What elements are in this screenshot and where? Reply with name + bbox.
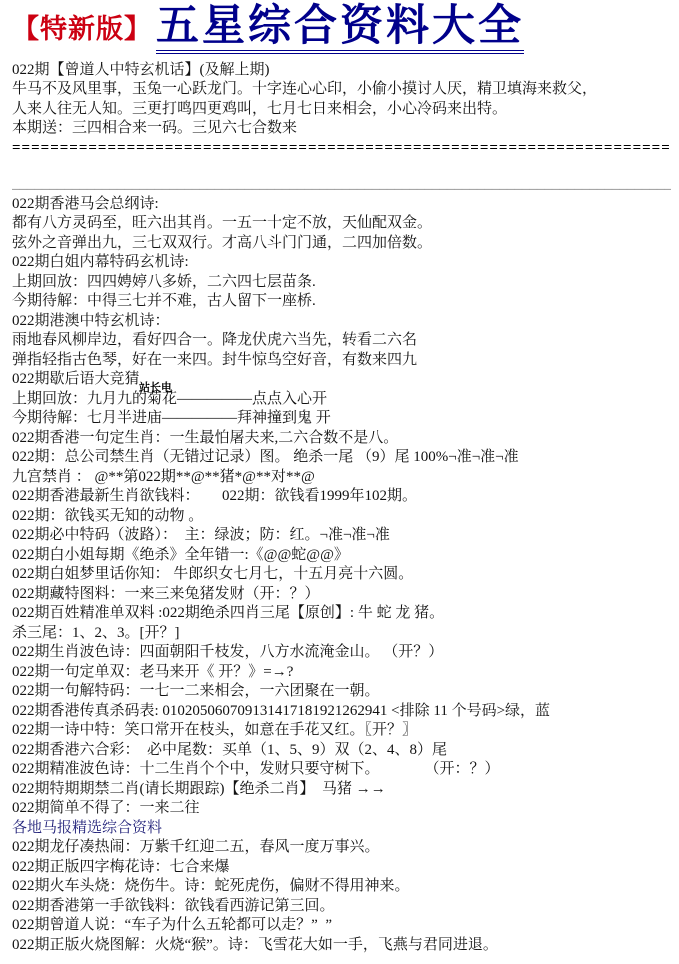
text-line: 都有八方灵码至，旺六出其肖。一五一十定不放，天仙配双金。 <box>12 214 671 234</box>
spacer <box>12 158 671 175</box>
text-line: 九宫禁肖 ： @**第022期**@**猪*@**对**@ <box>12 468 671 488</box>
text-line: 雨地春风柳岸边，看好四合一。降龙伏虎六当先，转看二六名 <box>12 331 671 351</box>
text-line: 022期特期期禁二肖(请长期跟踪)【绝杀二肖】 马猪 →→ <box>12 780 671 800</box>
text-line: 022期一诗中特：笑口常开在枝头，如意在手花又红。〖开？〗 <box>12 721 671 741</box>
text-line: 022期香港六合彩： 必中尾数：买单（1、5、9）双（2、4、8）尾 <box>12 741 671 761</box>
line-text: 022期生肖波色诗：四面朝阳千枝发，八方水流淹金山。 （开？） <box>12 644 443 660</box>
line-text: 雨地春风柳岸边，看好四合一。降龙伏虎六当先，转看二六名 <box>12 332 417 348</box>
line-text: 022期正版火烧图解：火烧“猴”。诗：飞雪花大如一手，飞燕与君同进退。 <box>12 937 498 953</box>
line-text: 022期百姓精准单双料 :022期绝杀四肖三尾【原创】: 牛 蛇 龙 猪。 <box>12 605 444 621</box>
text-line: 022期港澳中特玄机诗： <box>12 312 671 332</box>
line-text: 022期香港马会总纲诗: <box>12 196 159 212</box>
line-text: 022期精准波色诗：十二生肖个个中，发财只要守树下。 （开：？） <box>12 761 500 777</box>
page-header: 【特新版】 五星综合资料大全 <box>12 5 671 54</box>
line-text: 022期香港传真杀码表: 010205060709131417181921262… <box>12 703 550 719</box>
text-line: 022期简单不得了：一来二往 <box>12 799 671 819</box>
line-text: ========================================… <box>12 140 671 156</box>
text-line: 022期：总公司禁生肖（无错过记录）图。 绝杀一尾 （9）尾 100%¬准¬准¬… <box>12 448 671 468</box>
text-line: 022期香港一句定生肖：一生最怕屠夫来,二六合数不是八。 <box>12 429 671 449</box>
line-text: 022期歇后语大竞猜 <box>12 371 140 387</box>
line-text: 022期正版四字梅花诗：七合来爆 <box>12 859 230 875</box>
text-line: 022期龙仔凑热闹：万紫千红迎二五，春风一度万事兴。 <box>12 838 671 858</box>
text-line: 022期必中特码（波路）： 主：绿波；防：红。¬准¬准¬准 <box>12 526 671 546</box>
line-text: ________________________________________… <box>12 176 671 192</box>
text-line: 022期一句定单双：老马来开《 开？》=→? <box>12 663 671 683</box>
text-line: 弦外之音弹出九，三七双双行。才高八斗门门通，二四加倍数。 <box>12 234 671 254</box>
line-text: 022期一句解特码：一七一二来相会，一六团聚在一朝。 <box>12 683 380 699</box>
text-line: 杀三尾：1、2、3。[开？] <box>12 624 671 644</box>
line-text: 022期香港一句定生肖：一生最怕屠夫来,二六合数不是八。 <box>12 430 398 446</box>
text-line: 022期生肖波色诗：四面朝阳千枝发，八方水流淹金山。 （开？） <box>12 643 671 663</box>
text-line: 022期歇后语大竞猜站长电 <box>12 370 671 390</box>
line-text: 022期火车头烧：烧伤牛。诗：蛇死虎伤，偏财不得用神来。 <box>12 878 410 894</box>
text-line: 今期待解：中得三七并不难，古人留下一座桥. <box>12 292 671 312</box>
line-text: 022期港澳中特玄机诗： <box>12 313 170 329</box>
text-line: 人来人往无人知。三更打鸣四更鸡叫，七月七日来相会，小心冷码来出特。 <box>12 100 671 120</box>
line-text: 022期白小姐每期《绝杀》全年错一:《@@蛇@@》 <box>12 547 349 563</box>
text-line: 上期回放：四四娉婷八多娇，二六四七层苗条. <box>12 273 671 293</box>
line-text: 022期：欲钱买无知的动物 。 <box>12 508 203 524</box>
line-text: 上期回放：四四娉婷八多娇，二六四七层苗条. <box>12 274 316 290</box>
text-line: 022期百姓精准单双料 :022期绝杀四肖三尾【原创】: 牛 蛇 龙 猪。 <box>12 604 671 624</box>
text-line: 022期白姐内幕特码玄机诗: <box>12 253 671 273</box>
line-text: 今期待解：七月半进庙—————拜神撞到鬼 开 <box>12 410 331 426</box>
separator-equals: ========================================… <box>12 139 671 159</box>
line-text: 022期白姐内幕特码玄机诗: <box>12 254 189 270</box>
line-text: 本期送：三四相合来一码。三见六七合数来 <box>12 120 297 136</box>
section-heading: 各地马报精选综合资料 <box>12 819 671 839</box>
separator-dashes: ________________________________________… <box>12 175 671 195</box>
text-line: 上期回放：九月九的菊花—————点点入心开 <box>12 390 671 410</box>
line-text: 杀三尾：1、2、3。[开？] <box>12 625 180 641</box>
line-text: 022期香港最新生肖欲钱料： 022期：欲钱看1999年102期。 <box>12 488 417 504</box>
text-line: 022期白小姐每期《绝杀》全年错一:《@@蛇@@》 <box>12 546 671 566</box>
line-text: 人来人往无人知。三更打鸣四更鸡叫，七月七日来相会，小心冷码来出特。 <box>12 101 507 117</box>
text-line: 本期送：三四相合来一码。三见六七合数来 <box>12 119 671 139</box>
line-text: 022期白姐梦里话你知： 牛郎织女七月七，十五月亮十六圆。 <box>12 566 413 582</box>
text-line: 022期【曾道人中特玄机话】(及解上期) <box>12 61 671 81</box>
line-text: 弹指轻指古色琴，好在一来四。封牛惊鸟空好音，有数来四九 <box>12 352 417 368</box>
text-line: 022期正版火烧图解：火烧“猴”。诗：飞雪花大如一手，飞燕与君同进退。 <box>12 936 671 956</box>
text-line: 今期待解：七月半进庙—————拜神撞到鬼 开 <box>12 409 671 429</box>
watermark-overlay: 站长电 <box>139 379 172 399</box>
line-text: 022期香港六合彩： 必中尾数：买单（1、5、9）双（2、4、8）尾 <box>12 742 447 758</box>
text-line: 022期正版四字梅花诗：七合来爆 <box>12 858 671 878</box>
text-line: 022期曾道人说：“车子为什么五轮都可以走？” ” <box>12 916 671 936</box>
text-line: 022期香港最新生肖欲钱料： 022期：欲钱看1999年102期。 <box>12 487 671 507</box>
line-text: 022期【曾道人中特玄机话】(及解上期) <box>12 62 270 78</box>
text-line: 022期白姐梦里话你知： 牛郎织女七月七，十五月亮十六圆。 <box>12 565 671 585</box>
line-text: 牛马不及风里事，玉兔一心跃龙门。十字连心心印，小偷小摸讨人厌，精卫填海来救父， <box>12 81 597 97</box>
page: 【特新版】 五星综合资料大全 022期【曾道人中特玄机话】(及解上期)牛马不及风… <box>0 0 679 961</box>
text-line: 022期精准波色诗：十二生肖个个中，发财只要守树下。 （开：？） <box>12 760 671 780</box>
line-text: 022期简单不得了：一来二往 <box>12 800 200 816</box>
line-text: 今期待解：中得三七并不难，古人留下一座桥. <box>12 293 316 309</box>
text-line: 022期火车头烧：烧伤牛。诗：蛇死虎伤，偏财不得用神来。 <box>12 877 671 897</box>
line-text: 022期一句定单双：老马来开《 开？》=→? <box>12 664 293 680</box>
text-line: 022期香港传真杀码表: 010205060709131417181921262… <box>12 702 671 722</box>
edition-badge: 【特新版】 <box>12 7 152 54</box>
page-title: 五星综合资料大全 <box>156 5 524 54</box>
line-text: 022期藏特图料：一来三来兔猪发财（开：？） <box>12 586 320 602</box>
line-text: 各地马报精选综合资料 <box>12 820 162 836</box>
text-line: 牛马不及风里事，玉兔一心跃龙门。十字连心心印，小偷小摸讨人厌，精卫填海来救父， <box>12 80 671 100</box>
line-text: 022期必中特码（波路）： 主：绿波；防：红。¬准¬准¬准 <box>12 527 390 543</box>
line-text: 弦外之音弹出九，三七双双行。才高八斗门门通，二四加倍数。 <box>12 235 432 251</box>
text-line: 弹指轻指古色琴，好在一来四。封牛惊鸟空好音，有数来四九 <box>12 351 671 371</box>
line-text: 022期一诗中特：笑口常开在枝头，如意在手花又红。〖开？〗 <box>12 722 417 738</box>
line-text: 022期特期期禁二肖(请长期跟踪)【绝杀二肖】 马猪 →→ <box>12 781 386 797</box>
line-text: 都有八方灵码至，旺六出其肖。一五一十定不放，天仙配双金。 <box>12 215 432 231</box>
text-line: 022期香港第一手欲钱料：欲钱看西游记第三回。 <box>12 897 671 917</box>
text-line: 022期藏特图料：一来三来兔猪发财（开：？） <box>12 585 671 605</box>
line-text: 九宫禁肖 ： @**第022期**@**猪*@**对**@ <box>12 469 315 485</box>
text-line: 022期：欲钱买无知的动物 。 <box>12 507 671 527</box>
line-text: 022期香港第一手欲钱料：欲钱看西游记第三回。 <box>12 898 335 914</box>
line-text: 022期：总公司禁生肖（无错过记录）图。 绝杀一尾 （9）尾 100%¬准¬准¬… <box>12 449 519 465</box>
line-text: 022期龙仔凑热闹：万紫千红迎二五，春风一度万事兴。 <box>12 839 380 855</box>
content-lines: 022期【曾道人中特玄机话】(及解上期)牛马不及风里事，玉兔一心跃龙门。十字连心… <box>12 61 671 956</box>
line-text: 022期曾道人说：“车子为什么五轮都可以走？” ” <box>12 917 332 933</box>
text-line: 022期一句解特码：一七一二来相会，一六团聚在一朝。 <box>12 682 671 702</box>
text-line: 022期香港马会总纲诗: <box>12 195 671 215</box>
